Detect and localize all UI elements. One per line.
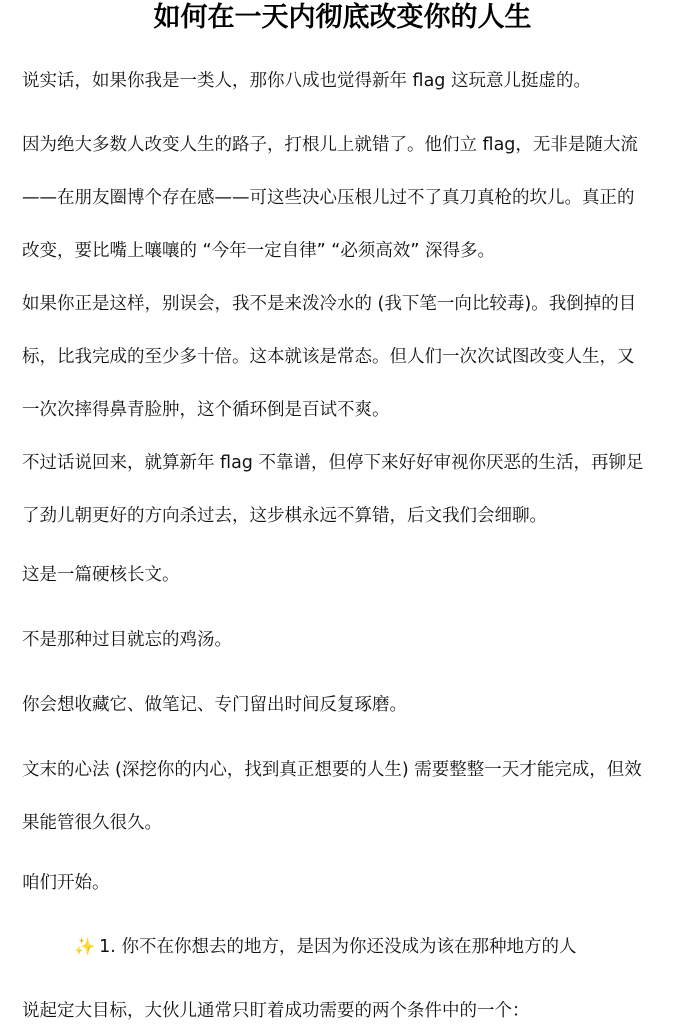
- section-number: 1.: [99, 937, 116, 957]
- paragraph-however: 不过话说回来，就算新年 flag 不靠谱，但停下来好好审视你厌恶的生活，再铆足了…: [22, 437, 647, 543]
- paragraph-intro: 说实话，如果你我是一类人，那你八成也觉得新年 flag 这玩意儿挺虚的。: [22, 66, 647, 96]
- paragraph-not-soup: 不是那种过目就忘的鸡汤。: [22, 625, 647, 655]
- paragraph-wrong-path: 因为绝大多数人改变人生的路子，打根儿上就错了。他们立 flag，无非是随大流——…: [22, 119, 647, 278]
- paragraph-start: 咱们开始。: [22, 868, 647, 898]
- article-title: 如何在一天内彻底改变你的人生: [0, 0, 685, 36]
- paragraph-method: 文末的心法 (深挖你的内心，找到真正想要的人生) 需要整整一天才能完成，但效果能…: [22, 744, 647, 850]
- paragraph-hardcore: 这是一篇硬核长文。: [22, 560, 647, 590]
- paragraph-bookmark: 你会想收藏它、做笔记、专门留出时间反复琢磨。: [22, 690, 647, 720]
- sparkle-icon: ✨: [74, 932, 95, 962]
- paragraph-goals: 说起定大目标，大伙儿通常只盯着成功需要的两个条件中的一个：: [22, 996, 647, 1024]
- paragraph-no-cold-water: 如果你正是这样，别误会，我不是来泼冷水的 (我下笔一向比较毒)。我倒掉的目标，比…: [22, 278, 647, 437]
- section-heading: ✨1. 你不在你想去的地方，是因为你还没成为该在那种地方的人: [74, 932, 576, 962]
- article-page: 如何在一天内彻底改变你的人生 说实话，如果你我是一类人，那你八成也觉得新年 fl…: [0, 0, 685, 1024]
- section-heading-text: 你不在你想去的地方，是因为你还没成为该在那种地方的人: [121, 937, 576, 957]
